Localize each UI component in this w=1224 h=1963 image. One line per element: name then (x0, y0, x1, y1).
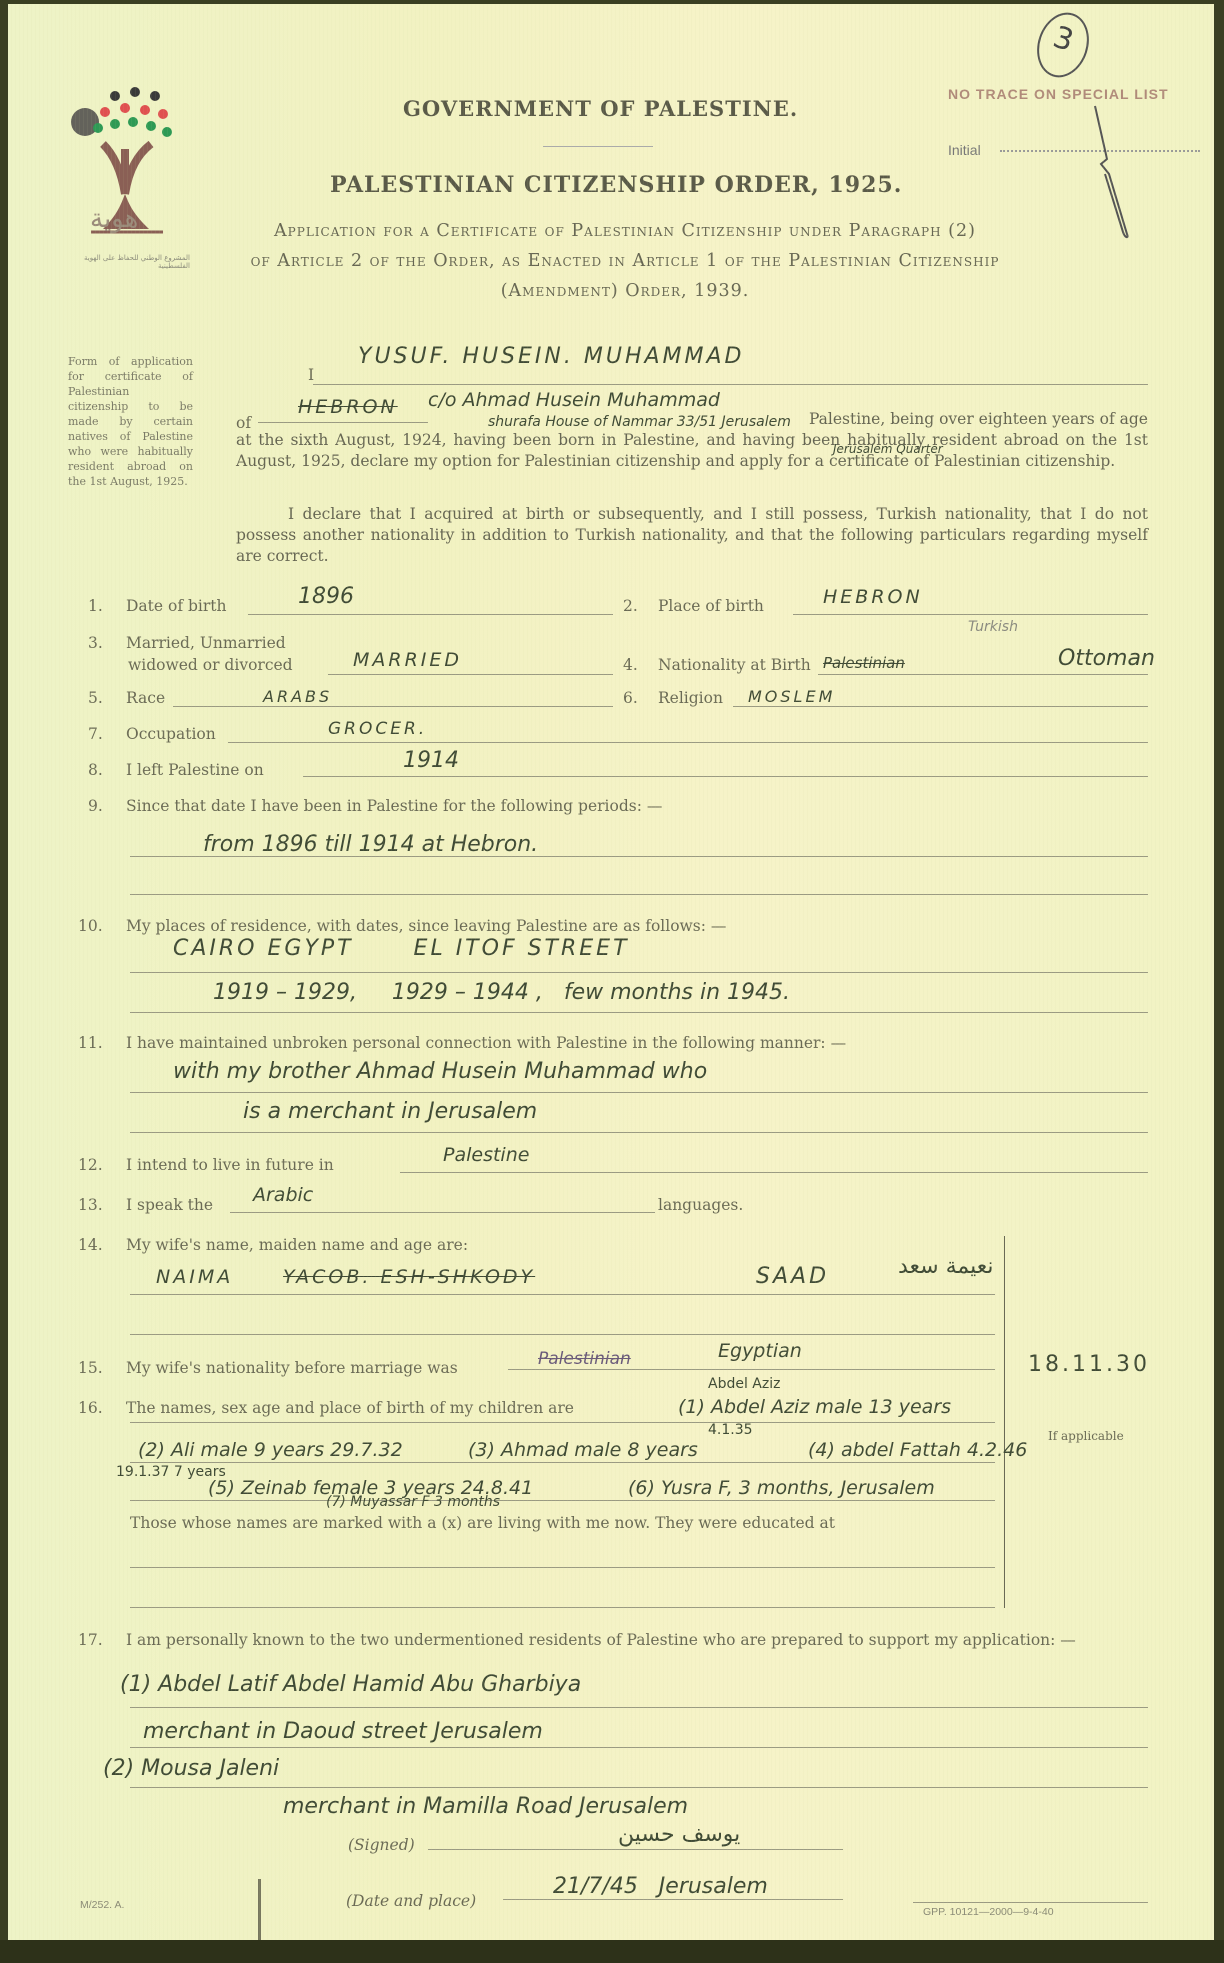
field-number: 13. (78, 1196, 103, 1214)
marital-value[interactable]: MARRIED (353, 649, 462, 671)
child-entry[interactable]: (1) Abdel Aziz male 13 years (678, 1396, 951, 1418)
children-label: The names, sex age and place of birth of… (126, 1399, 574, 1417)
race-value[interactable]: ARABS (263, 687, 332, 706)
intend-value[interactable]: Palestine (443, 1144, 529, 1166)
field-number: 14. (78, 1236, 103, 1254)
field-number: 6. (623, 689, 638, 707)
field-number: 4. (623, 656, 638, 674)
referees-label: I am personally known to the two underme… (126, 1631, 1151, 1649)
nationality-annotation: Turkish (968, 619, 1018, 635)
column-divider (1004, 1236, 1005, 1608)
languages-suffix: languages. (658, 1196, 743, 1214)
marital-label-2: widowed or divorced (128, 656, 293, 674)
wife-maiden-name[interactable]: SAAD (756, 1264, 829, 1289)
order-title: PALESTINIAN CITIZENSHIP ORDER, 1925. (330, 172, 902, 198)
subtitle-line-2: of Article 2 of the Order, as Enacted in… (100, 246, 1150, 276)
connection-line-1[interactable]: with my brother Ahmad Husein Muhammad wh… (173, 1059, 707, 1084)
nationality-label: Nationality at Birth (658, 656, 811, 674)
field-number: 16. (78, 1399, 103, 1417)
child-1-name-above: Abdel Aziz (708, 1376, 780, 1392)
signature-value[interactable]: يوسف حسين (618, 1822, 740, 1847)
field-number: 11. (78, 1034, 103, 1052)
left-palestine-label: I left Palestine on (126, 761, 264, 779)
initial-mark-icon (1093, 104, 1133, 239)
residence-line-1[interactable]: CAIRO EGYPT EL ITOF STREET (173, 936, 630, 961)
wife-name-struck: YACOB. ESH-SHKODY (283, 1266, 535, 1288)
residence-label: My places of residence, with dates, sinc… (126, 917, 726, 935)
child-entry[interactable]: (2) Ali male 9 years 29.7.32 (138, 1439, 403, 1461)
pob-value[interactable]: HEBRON (823, 586, 923, 608)
children-note: Those whose names are marked with a (x) … (130, 1514, 835, 1532)
initial-label: Initial (948, 142, 981, 158)
field-number: 5. (88, 689, 103, 707)
field-number: 9. (88, 797, 103, 815)
child-entry[interactable]: (6) Yusra F, 3 months, Jerusalem (628, 1477, 935, 1499)
child-entry-date: 4.1.35 (708, 1422, 753, 1438)
date-place-label: (Date and place) (346, 1892, 476, 1910)
form-code: M/252. A. (80, 1899, 124, 1911)
dob-value[interactable]: 1896 (298, 584, 354, 609)
marital-label-1: Married, Unmarried (126, 634, 286, 652)
child-entry[interactable]: (4) abdel Fattah 4.2.46 (808, 1439, 1027, 1461)
languages-label: I speak the (126, 1196, 213, 1214)
religion-label: Religion (658, 689, 723, 707)
intend-label: I intend to live in future in (126, 1156, 334, 1174)
no-trace-stamp: NO TRACE ON SPECIAL LIST (948, 86, 1169, 102)
wife-name-label: My wife's name, maiden name and age are: (126, 1236, 468, 1254)
referee-1-name[interactable]: (1) Abdel Latif Abdel Hamid Abu Gharbiya (120, 1672, 581, 1697)
left-palestine-value[interactable]: 1914 (403, 748, 459, 773)
if-applicable-label: If applicable (1048, 1429, 1124, 1443)
field-number: 3. (88, 634, 103, 652)
field-number: 8. (88, 761, 103, 779)
signed-label: (Signed) (348, 1836, 415, 1854)
address-value[interactable]: c/o Ahmad Husein Muhammad (428, 389, 720, 411)
scan-border (0, 1940, 1224, 1963)
wife-nationality-value[interactable]: Egyptian (718, 1340, 802, 1362)
dob-label: Date of birth (126, 597, 227, 615)
periods-value[interactable]: from 1896 till 1914 at Hebron. (203, 832, 538, 857)
form-side-note: Form of application for certificate of P… (68, 354, 193, 489)
occupation-value[interactable]: GROCER. (328, 719, 427, 739)
periods-label: Since that date I have been in Palestine… (126, 797, 662, 815)
date-place-value[interactable]: 21/7/45 Jerusalem (553, 1874, 768, 1899)
turkish-declaration: I declare that I acquired at birth or su… (236, 504, 1148, 567)
connection-line-2[interactable]: is a merchant in Jerusalem (243, 1099, 537, 1124)
referee-1-address[interactable]: merchant in Daoud street Jerusalem (143, 1719, 543, 1744)
occupation-label: Occupation (126, 725, 216, 743)
field-number: 10. (78, 917, 103, 935)
field-number: 7. (88, 725, 103, 743)
government-title: GOVERNMENT OF PALESTINE. (403, 96, 798, 121)
wife-dob[interactable]: 18.11.30 (1028, 1352, 1150, 1377)
referee-2-address[interactable]: merchant in Mamilla Road Jerusalem (283, 1794, 688, 1819)
field-number: 2. (623, 597, 638, 615)
field-number: 1. (88, 597, 103, 615)
field-number: 12. (78, 1156, 103, 1174)
subtitle-line-1: Application for a Certificate of Palesti… (100, 216, 1150, 246)
wife-name-arabic: نعيمة سعد (898, 1254, 993, 1279)
nationality-struck: Palestinian (823, 654, 905, 672)
wife-nationality-label: My wife's nationality before marriage wa… (126, 1359, 458, 1377)
religion-value[interactable]: MOSLEM (748, 687, 835, 706)
page-number-circle: 3 (1029, 6, 1097, 84)
nationality-value[interactable]: Ottoman (1058, 646, 1155, 671)
applicant-name[interactable]: YUSUF. HUSEIN. MUHAMMAD (358, 344, 745, 369)
page-number: 3 (1049, 20, 1078, 59)
age-text: Palestine, being over eighteen years of … (723, 409, 1148, 430)
print-code: GPP. 10121—2000—9-4-40 (923, 1906, 1054, 1918)
race-label: Race (126, 689, 165, 707)
connection-label: I have maintained unbroken personal conn… (126, 1034, 846, 1052)
subtitle-line-3: (Amendment) Order, 1939. (100, 276, 1150, 306)
form-subtitle: Application for a Certificate of Palesti… (100, 216, 1150, 306)
languages-value[interactable]: Arabic (253, 1184, 313, 1206)
pob-label: Place of birth (658, 597, 764, 615)
child-entry[interactable]: (3) Ahmad male 8 years (468, 1439, 698, 1461)
address-struck: HEBRON (298, 396, 398, 418)
wife-name-value[interactable]: NAIMA (156, 1266, 233, 1288)
child-entry[interactable]: (7) Muyassar F 3 months (326, 1494, 500, 1510)
referee-2-name[interactable]: (2) Mousa Jaleni (103, 1756, 279, 1781)
declaration-text: at the sixth August, 1924, having been b… (236, 430, 1148, 472)
paper-tear (258, 1879, 261, 1948)
title-divider (543, 146, 653, 147)
residence-line-2[interactable]: 1919 – 1929, 1929 – 1944 , few months in… (213, 980, 790, 1005)
field-number: 17. (78, 1631, 103, 1649)
wife-nationality-struck: Palestinian (538, 1349, 631, 1369)
field-number: 15. (78, 1359, 103, 1377)
application-form-page: هوية المشروع الوطني للحفاظ على الهوية ال… (8, 4, 1214, 1948)
i-label: I (308, 366, 314, 384)
